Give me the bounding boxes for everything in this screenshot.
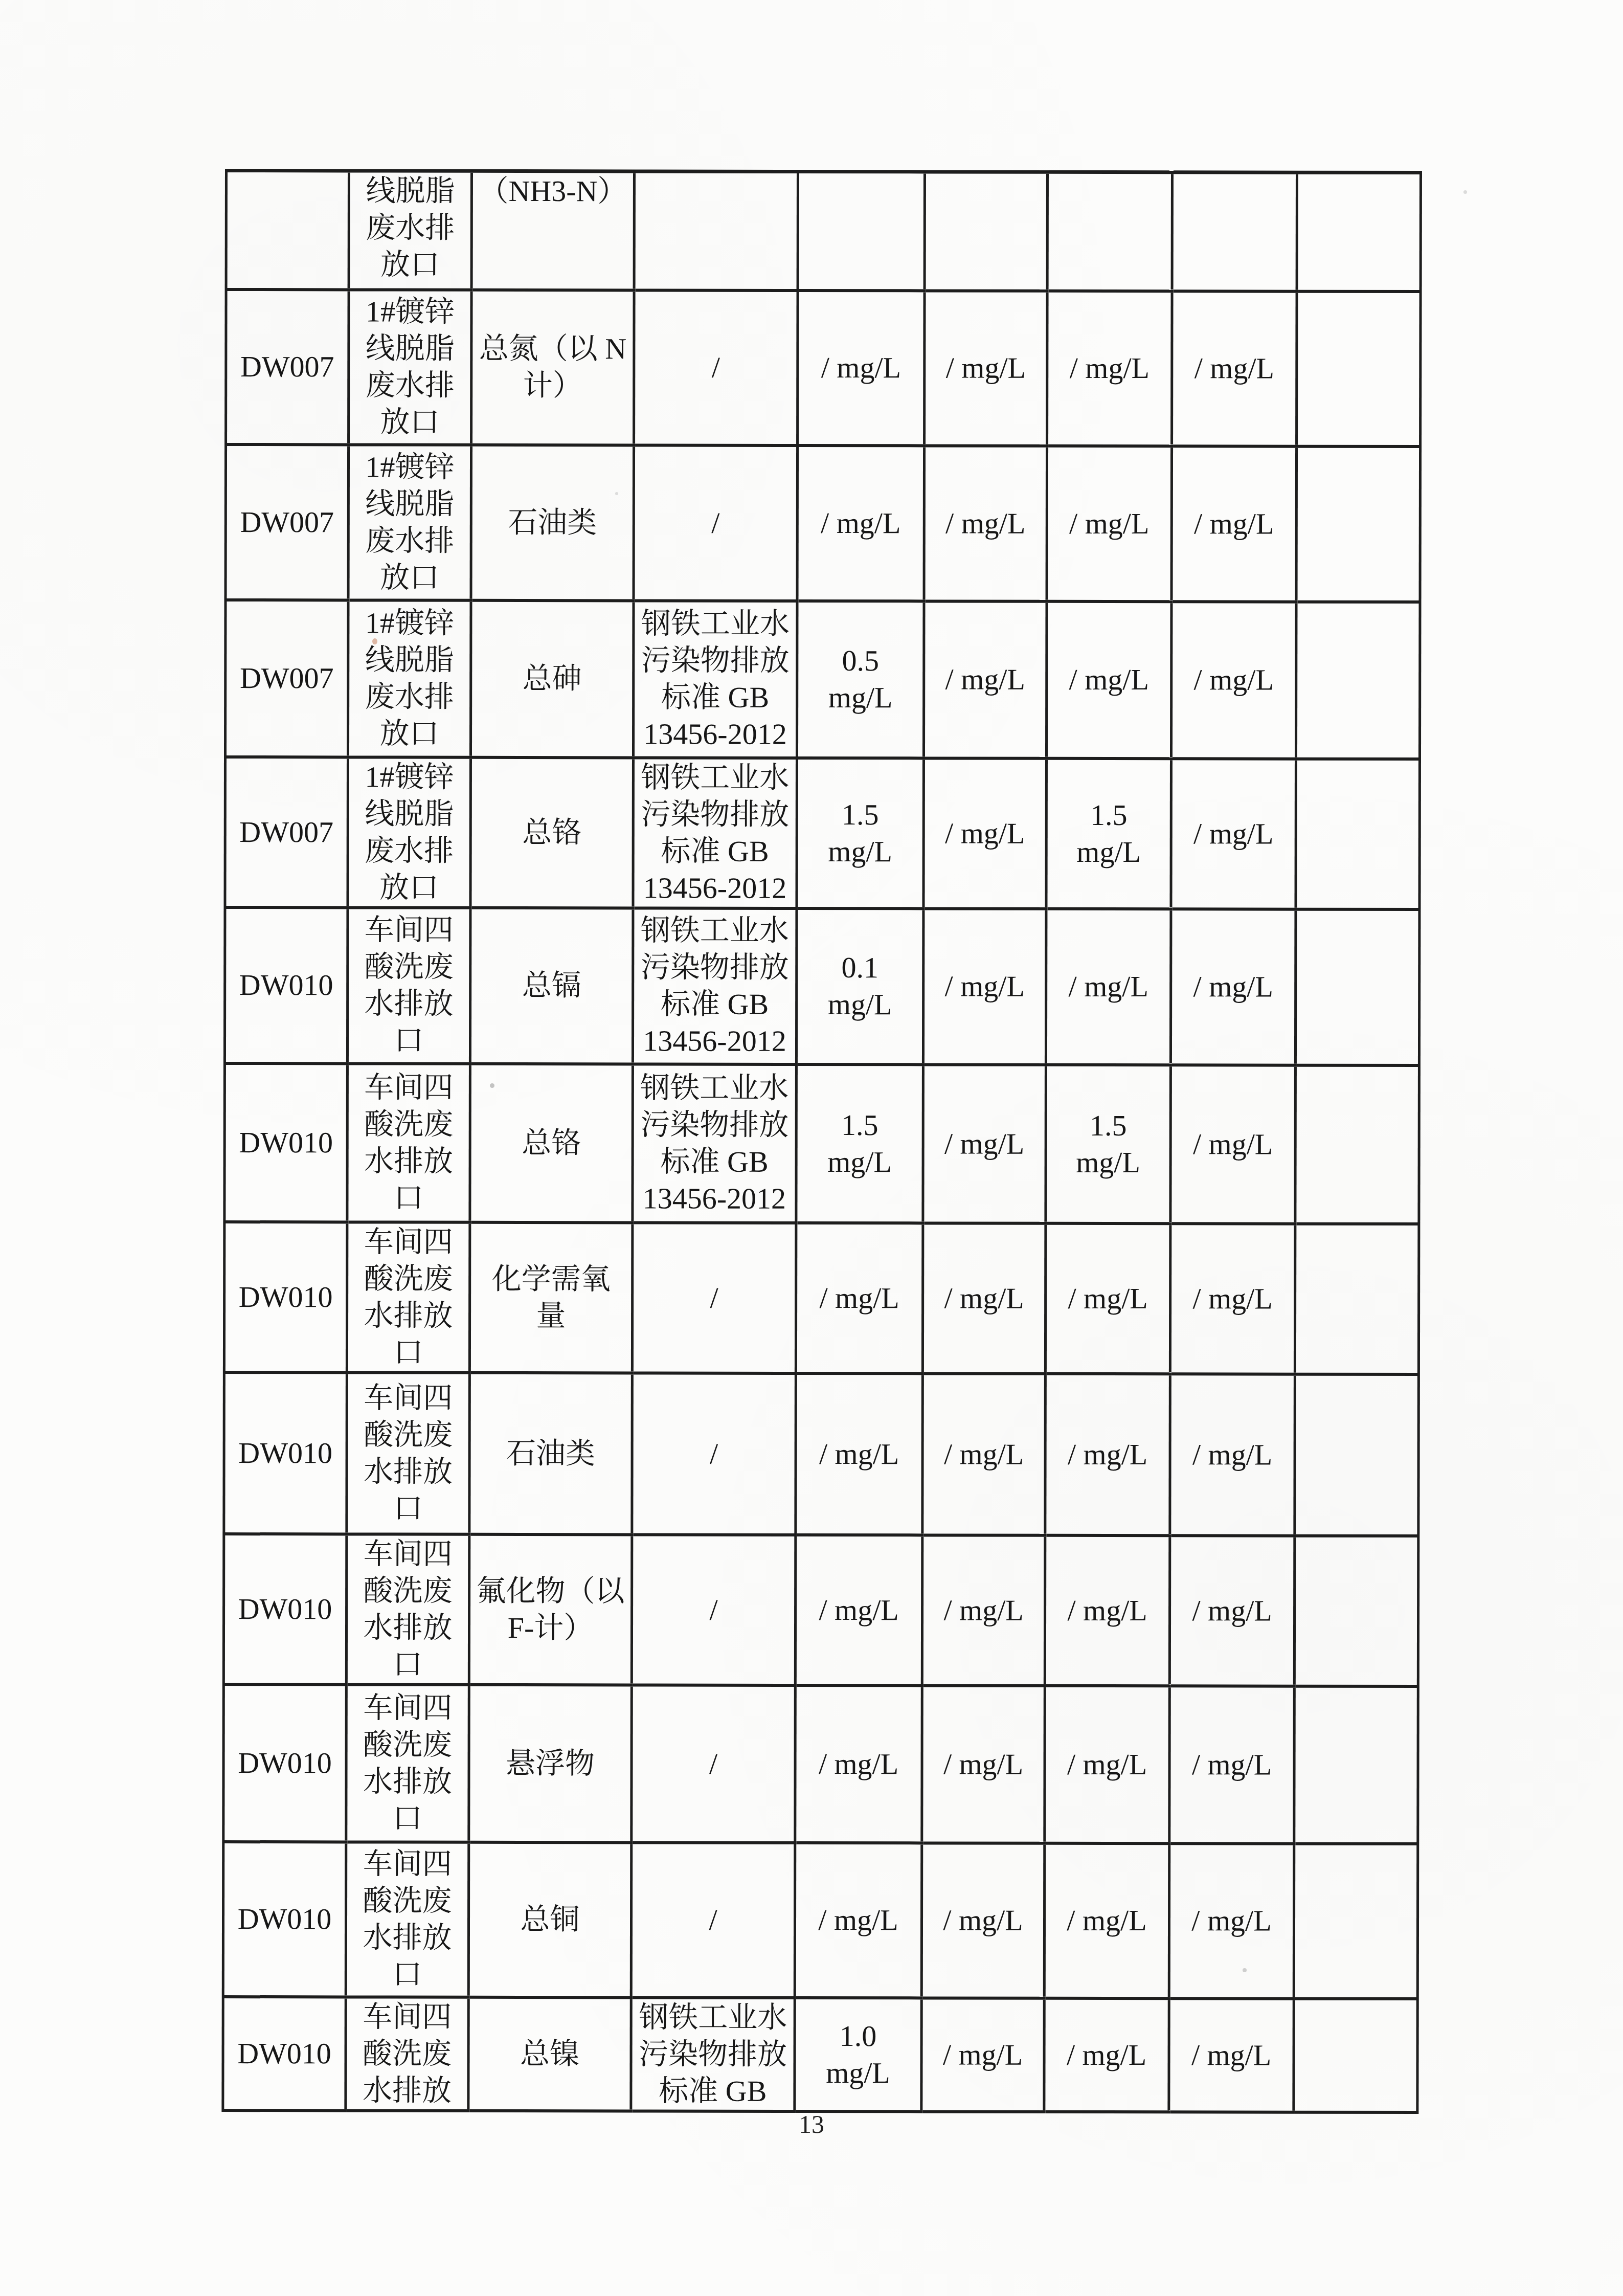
table-cell: 总砷 <box>470 600 634 757</box>
table-cell <box>1296 601 1420 759</box>
table-cell: DW007 <box>226 444 349 600</box>
table-cell: / mg/L <box>923 758 1047 908</box>
table-cell: / mg/L <box>1045 1373 1170 1535</box>
table-cell: 石油类 <box>469 1372 633 1534</box>
table-cell: 氟化物（以 F-计） <box>469 1534 632 1685</box>
table-cell <box>1297 172 1421 291</box>
table-cell: / mg/L <box>1171 759 1296 909</box>
table-cell: 总铜 <box>468 1842 632 1997</box>
table-row: DW010车间四 酸洗废 水排放 口石油类// mg/L/ mg/L/ mg/L… <box>224 1372 1419 1536</box>
table-cell: （NH3-N） <box>471 171 634 290</box>
table-cell: / <box>631 1842 795 1998</box>
table-cell: / mg/L <box>796 1222 923 1373</box>
table-cell: / mg/L <box>1170 1374 1295 1535</box>
table-cell: DW010 <box>224 1222 347 1372</box>
table-cell: / mg/L <box>1169 1535 1295 1686</box>
table-cell: 0.1 mg/L <box>796 908 923 1064</box>
table-cell: 车间四 酸洗废 水排放 口 <box>346 1842 469 1997</box>
table-cell: / mg/L <box>922 1535 1045 1685</box>
table-cell: DW010 <box>223 1996 346 2110</box>
table-cell: / mg/L <box>1045 1685 1170 1843</box>
table-cell: / mg/L <box>797 445 925 600</box>
table-cell: / mg/L <box>1170 909 1296 1065</box>
table-cell: / mg/L <box>1046 601 1171 758</box>
table-cell <box>1295 1065 1419 1223</box>
table-cell <box>1294 1998 1417 2112</box>
table-cell: / mg/L <box>1045 1535 1170 1685</box>
table-cell: 钢铁工业水 污染物排放 标准 GB 13456-2012 <box>633 1064 797 1223</box>
table-cell: 车间四 酸洗废 水排放 口 <box>347 1372 470 1534</box>
table-cell: / mg/L <box>1170 1223 1295 1374</box>
scan-speckle <box>1463 190 1467 194</box>
table-cell: 化学需氧 量 <box>469 1222 633 1373</box>
table-body: 线脱脂 废水排 放口（NH3-N）DW0071#镀锌 线脱脂 废水排 放口总氮（… <box>223 171 1421 2112</box>
table-cell: / mg/L <box>1171 446 1297 601</box>
document-page: 线脱脂 废水排 放口（NH3-N）DW0071#镀锌 线脱脂 废水排 放口总氮（… <box>0 0 1623 2296</box>
table-cell: / mg/L <box>795 1685 922 1842</box>
table-cell: / mg/L <box>925 291 1048 445</box>
table-row: DW010车间四 酸洗废 水排放 口化学需氧 量// mg/L/ mg/L/ m… <box>224 1222 1419 1374</box>
table-cell: 总铬 <box>470 1063 633 1222</box>
table-cell: 线脱脂 废水排 放口 <box>349 171 471 289</box>
table-cell: / mg/L <box>922 1223 1046 1373</box>
table-cell <box>1295 909 1419 1065</box>
table-cell: 1#镀锌 线脱脂 废水排 放口 <box>348 600 471 757</box>
table-cell <box>1294 1686 1418 1843</box>
table-row: DW010车间四 酸洗废 水排放 口总铬钢铁工业水 污染物排放 标准 GB 13… <box>224 1063 1419 1224</box>
table-cell: 总镉 <box>470 907 633 1064</box>
table-cell: / mg/L <box>923 908 1046 1064</box>
table-row: DW010车间四 酸洗废 水排放 口氟化物（以 F-计）// mg/L/ mg/… <box>223 1534 1418 1686</box>
table-cell: / mg/L <box>922 1373 1046 1535</box>
table-row: DW0071#镀锌 线脱脂 废水排 放口总氮（以 N 计）// mg/L/ mg… <box>226 289 1421 447</box>
table-cell: DW007 <box>225 600 348 757</box>
table-row: DW010车间四 酸洗废 水排放 口总铜// mg/L/ mg/L/ mg/L/… <box>223 1841 1418 1998</box>
table-cell: 1.5 mg/L <box>796 1064 923 1222</box>
table-cell: 悬浮物 <box>469 1684 632 1842</box>
table-cell: DW010 <box>224 1372 347 1534</box>
table-row: DW010车间四 酸洗废 水排放 口悬浮物// mg/L/ mg/L/ mg/L… <box>223 1684 1418 1843</box>
table-cell <box>1295 1223 1419 1374</box>
table-row: 线脱脂 废水排 放口（NH3-N） <box>226 171 1421 292</box>
table-cell: / mg/L <box>1169 1843 1294 1998</box>
table-cell: 1#镀锌 线脱脂 废水排 放口 <box>348 757 471 907</box>
table-cell: / mg/L <box>922 1685 1045 1843</box>
table-cell: 车间四 酸洗废 水排放 <box>346 1997 468 2110</box>
table-cell: / mg/L <box>1045 1223 1170 1373</box>
table-cell: / <box>632 1373 796 1535</box>
table-cell: 1.5 mg/L <box>1046 758 1171 908</box>
table-cell: 车间四 酸洗废 水排放 口 <box>346 1534 469 1684</box>
table-cell <box>226 171 349 289</box>
table-cell: / mg/L <box>1047 291 1173 445</box>
table-row: DW0071#镀锌 线脱脂 废水排 放口总砷钢铁工业水 污染物排放 标准 GB … <box>225 600 1420 759</box>
table-cell: 1.5 mg/L <box>797 757 924 908</box>
table-cell <box>1294 1843 1418 1998</box>
table-cell: / mg/L <box>924 445 1047 601</box>
table-cell: DW010 <box>223 1841 346 1996</box>
table-cell <box>1172 172 1297 291</box>
table-cell: / mg/L <box>921 1843 1045 1998</box>
table-cell <box>1296 446 1421 601</box>
table-cell: 总氮（以 N 计） <box>471 289 635 445</box>
scan-speckle <box>490 1083 494 1088</box>
table-cell: DW010 <box>223 1684 347 1841</box>
table-cell: 总铬 <box>470 757 634 908</box>
table-cell: 钢铁工业水 污染物排放 标准 GB <box>631 1997 795 2111</box>
table-cell: 1#镀锌 线脱脂 废水排 放口 <box>349 289 472 444</box>
table-cell: 钢铁工业水 污染物排放 标准 GB 13456-2012 <box>633 600 797 758</box>
table-cell: 车间四 酸洗废 水排放 口 <box>347 1063 470 1222</box>
table-cell: / mg/L <box>923 1064 1046 1223</box>
table-cell: 车间四 酸洗废 水排放 口 <box>347 1222 470 1372</box>
table-cell: / mg/L <box>795 1842 922 1997</box>
table-row: DW010车间四 酸洗废 水排放总镍钢铁工业水 污染物排放 标准 GB1.0 m… <box>223 1996 1417 2112</box>
table-container: 线脱脂 废水排 放口（NH3-N）DW0071#镀锌 线脱脂 废水排 放口总氮（… <box>221 169 1422 2114</box>
table-cell <box>1047 172 1172 291</box>
table-cell: 钢铁工业水 污染物排放 标准 GB 13456-2012 <box>633 757 797 908</box>
table-cell: 1.0 mg/L <box>795 1997 921 2111</box>
table-cell <box>1296 759 1420 909</box>
table-cell <box>925 172 1047 291</box>
table-cell: / <box>632 1685 796 1843</box>
table-cell: / <box>634 290 798 445</box>
table-cell <box>1294 1535 1418 1686</box>
table-cell: 总镍 <box>468 1997 631 2111</box>
table-cell: / <box>632 1222 796 1373</box>
table-cell: DW007 <box>226 289 349 444</box>
scan-speckle <box>1243 1968 1247 1972</box>
table-cell: / mg/L <box>921 1998 1044 2111</box>
table-cell: 石油类 <box>471 444 634 600</box>
table-cell: DW010 <box>224 907 348 1063</box>
table-cell: / mg/L <box>796 1373 923 1534</box>
table-cell <box>798 171 925 290</box>
table-cell <box>634 171 798 291</box>
table-cell: DW010 <box>224 1063 348 1222</box>
table-cell: 1.5 mg/L <box>1046 1064 1171 1223</box>
table-cell: / mg/L <box>1044 1998 1169 2111</box>
table-cell: / mg/L <box>1172 291 1297 446</box>
table-cell: DW010 <box>223 1534 347 1684</box>
table-cell: / mg/L <box>798 290 925 445</box>
table-cell: / mg/L <box>1047 445 1172 601</box>
table-cell <box>1295 1374 1419 1535</box>
table-cell: / mg/L <box>1046 908 1171 1064</box>
table-cell: / mg/L <box>1170 1065 1296 1223</box>
table-cell: / <box>634 445 798 601</box>
table-cell: / mg/L <box>795 1534 922 1685</box>
scan-speckle <box>615 492 618 495</box>
table-cell: / <box>632 1534 796 1685</box>
table-cell: / mg/L <box>1169 1686 1295 1843</box>
table-cell: 车间四 酸洗废 水排放 口 <box>346 1684 469 1842</box>
table-cell: 1#镀锌 线脱脂 废水排 放口 <box>348 444 471 600</box>
page-number: 13 <box>0 2109 1623 2139</box>
table-cell: 钢铁工业水 污染物排放 标准 GB 13456-2012 <box>633 908 797 1064</box>
table-row: DW0071#镀锌 线脱脂 废水排 放口总铬钢铁工业水 污染物排放 标准 GB … <box>225 757 1420 909</box>
table-cell: 0.5 mg/L <box>797 600 924 757</box>
table-cell <box>1297 291 1421 446</box>
table-row: DW0071#镀锌 线脱脂 废水排 放口石油类// mg/L/ mg/L/ mg… <box>226 444 1421 602</box>
pollutant-limits-table: 线脱脂 废水排 放口（NH3-N）DW0071#镀锌 线脱脂 废水排 放口总氮（… <box>221 169 1422 2114</box>
table-row: DW010车间四 酸洗废 水排放 口总镉钢铁工业水 污染物排放 标准 GB 13… <box>224 907 1419 1065</box>
scan-speckle <box>372 638 377 644</box>
table-cell: DW007 <box>225 757 348 907</box>
table-cell: / mg/L <box>1044 1843 1169 1998</box>
table-cell: / mg/L <box>923 601 1047 758</box>
table-cell: / mg/L <box>1169 1998 1294 2112</box>
table-cell: 车间四 酸洗废 水排放 口 <box>347 907 470 1063</box>
table-cell: / mg/L <box>1171 601 1296 759</box>
